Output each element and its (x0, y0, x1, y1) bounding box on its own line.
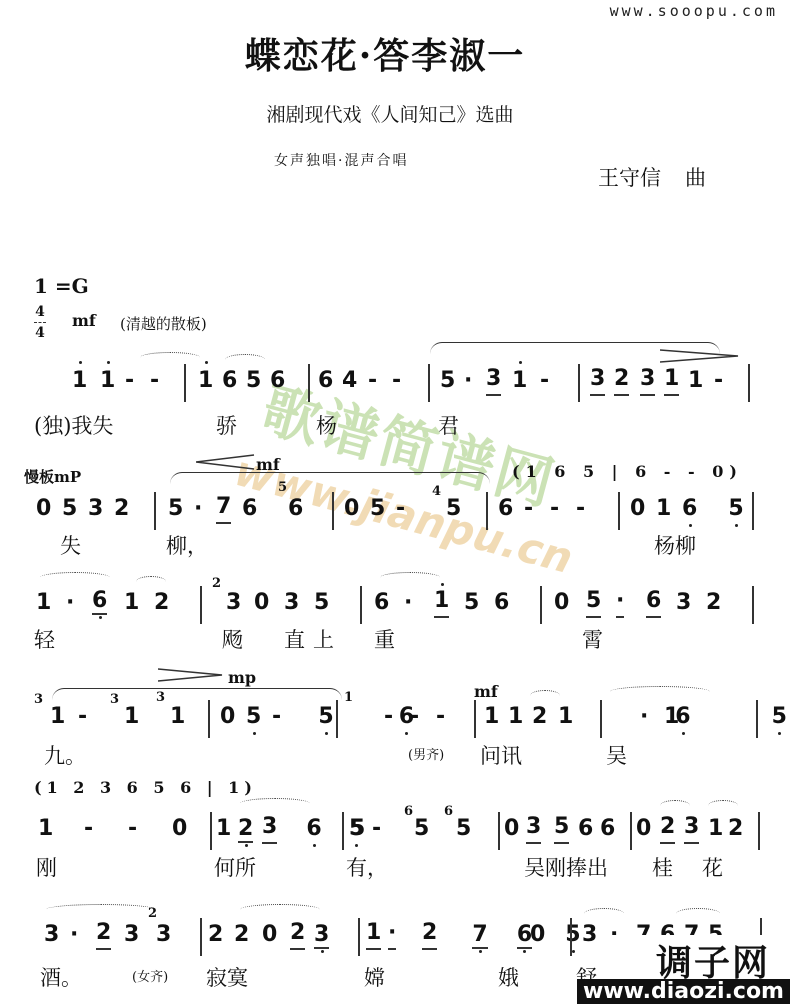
note: 3 (44, 918, 59, 952)
composer-role: 曲 (685, 166, 706, 190)
grace-note: 3 (110, 692, 119, 707)
barline (154, 492, 156, 530)
note: 1 (434, 586, 449, 618)
barline (210, 812, 212, 850)
note-dot: · (194, 492, 202, 526)
note: 3 (590, 364, 605, 396)
barline (360, 586, 362, 624)
note: 1 (50, 700, 65, 734)
note: 1 (366, 918, 381, 950)
slur (240, 904, 320, 915)
barline (570, 918, 572, 956)
note: 5 (62, 492, 77, 526)
barline (540, 586, 542, 624)
note: 5 (554, 812, 569, 844)
note: 4 (342, 364, 357, 398)
note: 7 (216, 492, 231, 524)
note: 7 (472, 922, 487, 949)
note: 1 (512, 364, 527, 398)
note: 1 (100, 364, 115, 398)
lyric: 直上 (284, 624, 342, 654)
barline (474, 700, 476, 738)
grace-note: 3 (156, 690, 165, 705)
slur (40, 572, 110, 583)
dynamic-mp: mp (228, 668, 256, 687)
lyric: 酒。 (40, 962, 82, 992)
note: 1 (708, 812, 723, 846)
note: 5 (414, 812, 429, 846)
note: 1 (664, 364, 679, 396)
note: 6 (494, 586, 509, 620)
note-dash: - (272, 700, 281, 734)
time-sig-bottom: 4 (35, 325, 45, 341)
note: 2 (706, 586, 721, 620)
note: 5 (586, 586, 601, 618)
note: 0 (36, 492, 51, 526)
decrescendo-hairpin (158, 667, 224, 683)
note: 3 (676, 586, 691, 620)
barline (486, 492, 488, 530)
lyric: 娥 (498, 962, 519, 992)
note: 2 (614, 364, 629, 396)
note-dash: - (368, 364, 377, 398)
barline (758, 812, 760, 850)
note: 1 (484, 700, 499, 734)
barline (618, 492, 620, 530)
barline (200, 586, 202, 624)
lyric: 寂寞 (206, 962, 248, 992)
note: 0 (636, 812, 651, 846)
note: 6 (600, 812, 615, 846)
time-signature: 4 4 (34, 303, 46, 342)
lyric: 吴刚捧出 (524, 852, 608, 882)
lyric: 有， (346, 852, 388, 882)
note-dash: - (436, 700, 445, 734)
note-dot: · (404, 586, 412, 620)
barline (208, 700, 210, 738)
lyric-voice-label: (男齐) (408, 744, 444, 763)
note: 0 (504, 812, 519, 846)
note: 0 (344, 492, 359, 526)
note-dash: - (78, 700, 87, 734)
time-sig-divider (34, 322, 46, 323)
note: 5 (168, 492, 183, 526)
slur (610, 686, 710, 697)
barline (428, 364, 430, 402)
composer: 王守信曲 (598, 162, 706, 192)
note: 0 (254, 586, 269, 620)
grace-note: 4 (432, 484, 441, 499)
note: 2 (660, 812, 675, 844)
dynamic-mf: mf (474, 682, 498, 701)
lyric: 失 (60, 530, 81, 560)
note: 3 (124, 918, 139, 952)
note: 1 (36, 586, 51, 620)
note-dash: - (714, 364, 723, 398)
subtitle: 湘剧现代戏《人间知己》选曲 (0, 100, 800, 127)
note: 1 (170, 700, 185, 734)
lyric: 柳， (166, 530, 208, 560)
title-text: 蝶恋花·答李淑一 (245, 28, 526, 79)
note: 3 (226, 586, 241, 620)
note: 2 (234, 918, 249, 952)
barline (630, 812, 632, 850)
barline (184, 364, 186, 402)
music-row-2: 0 5 3 2 5 · 7 6 5 6 0 5 - 4 5 6 - - - 0 … (0, 492, 800, 532)
note: 6 (288, 492, 303, 526)
crescendo-hairpin (196, 453, 256, 471)
tempo-slow-mp: 慢板mP (24, 466, 81, 487)
note: 2 (290, 918, 305, 950)
music-row-5: 1 - - 0 1 2 3 6 5 5 - 6 5 6 5 0 3 5 6 6 … (0, 812, 800, 852)
note: 2 (208, 918, 223, 952)
lyric: 何所 (214, 852, 256, 882)
note: 0 (262, 918, 277, 952)
lyric: 轻 (34, 624, 55, 654)
note: 3 (88, 492, 103, 526)
slur (140, 352, 200, 363)
barline (200, 918, 202, 956)
note: 1 (664, 700, 679, 734)
note: 0 (530, 918, 545, 952)
barline (748, 364, 750, 402)
lyric: 桂 (652, 852, 673, 882)
note: 3 (486, 364, 501, 396)
page-title: 蝶恋花·答李淑一 (0, 28, 800, 79)
lyric: 君 (438, 410, 459, 440)
note: 0 (630, 492, 645, 526)
initial-dynamic: mf (72, 311, 96, 330)
note: 6 (306, 816, 321, 841)
watermark-diaozi-url: www.diaozi.com (577, 979, 790, 1004)
music-row-3: 1 · 6 1 2 2 3 0 3 5 6 · 1 5 6 0 5 · 6 3 … (0, 586, 800, 626)
music-row-1: 1 1 - - 1 6 5 6 6 4 - - 5 · 3 1 - 3 2 3 … (0, 364, 800, 404)
note-dot: · (464, 364, 472, 398)
note: 1 (656, 492, 671, 526)
note: 5 (370, 492, 385, 526)
note-dot: · (388, 918, 396, 950)
note: 2 (532, 700, 547, 734)
note: 6 (682, 496, 697, 521)
barline (336, 700, 338, 738)
barline (752, 492, 754, 530)
note: 6 (498, 492, 513, 526)
note: 3 (526, 812, 541, 844)
note: 3 (284, 586, 299, 620)
note: 3 (156, 918, 171, 952)
barline (578, 364, 580, 402)
slur (660, 800, 690, 811)
barline (752, 586, 754, 624)
slur (240, 798, 310, 809)
site-url: www.sooopu.com (610, 2, 778, 20)
note: 5 (440, 364, 455, 398)
upper-voice-line: (1 6 5 | 6 - - 0) (512, 462, 743, 481)
note: 5 (446, 492, 461, 526)
note-dash: - (128, 812, 137, 846)
lyric: 飏 (222, 624, 243, 654)
note: 5 (350, 812, 365, 846)
barline (332, 492, 334, 530)
note-dash: - (372, 812, 381, 846)
note: 1 (688, 364, 703, 398)
note: 6 (270, 364, 285, 398)
phrase-slur (170, 472, 490, 487)
note: 6 (646, 586, 661, 618)
note-dash: - (524, 492, 533, 526)
note: 1 (198, 364, 213, 398)
note: 2 (422, 918, 437, 950)
note-dot: · (640, 700, 648, 734)
barline (308, 364, 310, 402)
note: 5 (772, 704, 787, 729)
note-dash: - (550, 492, 559, 526)
note: 6 (242, 492, 257, 526)
note-dash: - (125, 364, 134, 398)
note: 6 (222, 364, 237, 398)
watermark-jianpu: 歌谱简谱网 www.jianpu.cn (250, 390, 590, 590)
note: 1 (558, 700, 573, 734)
grace-note: 3 (34, 692, 43, 707)
note: 1 (38, 812, 53, 846)
note: 5 (318, 704, 333, 729)
note: 5 (728, 496, 743, 521)
note: 3 (262, 812, 277, 844)
note-dot: · (66, 586, 74, 620)
lyric: 杨柳 (654, 530, 696, 560)
subtitle-text: 湘剧现代戏《人间知己》选曲 (266, 100, 513, 127)
lyric: 花 (702, 852, 723, 882)
note: 2 (96, 918, 111, 950)
grace-note: 6 (444, 804, 453, 819)
barline (756, 700, 758, 738)
note-dot: · (616, 586, 624, 618)
note: 3 (640, 364, 655, 396)
grace-note: 6 (404, 804, 413, 819)
note: 0 (172, 812, 187, 846)
note: 2 (238, 816, 253, 843)
lyric: 霄 (582, 624, 603, 654)
grace-note: 2 (212, 576, 221, 591)
note: 2 (114, 492, 129, 526)
lyric: 吴 (606, 740, 627, 770)
watermark-diaozi: 调子网 www.diaozi.com (600, 935, 800, 1005)
lyric: 九。 (44, 740, 86, 770)
lyric: (独)我失 (34, 410, 113, 440)
note: 6 (578, 812, 593, 846)
note: 3 (314, 922, 329, 949)
tempo-marking: (清越的散板) (120, 313, 207, 334)
grace-note: 5 (278, 480, 287, 495)
note: 6 (318, 364, 333, 398)
decrescendo-hairpin (660, 348, 740, 364)
barline (358, 918, 360, 956)
note-dash: - (384, 700, 393, 734)
lyric: 骄 (216, 410, 237, 440)
note: 5 (456, 812, 471, 846)
note: 5 (565, 922, 580, 947)
note-dash: - (396, 492, 405, 526)
note-dash: - (392, 364, 401, 398)
note: 5 (464, 586, 479, 620)
note: 0 (554, 586, 569, 620)
lyric: 问讯 (480, 740, 522, 770)
note: 6 (92, 588, 107, 615)
lyric: 刚 (36, 852, 57, 882)
barline (342, 812, 344, 850)
note: 1 (124, 586, 139, 620)
note: 2 (154, 586, 169, 620)
performers: 女声独唱·混声合唱 (274, 150, 408, 170)
lyric: 嫦 (364, 962, 385, 992)
upper-voice-line: (1 2 3 6 5 6 | 1) (34, 778, 257, 797)
note-dash: - (150, 364, 159, 398)
note: 1 (124, 700, 139, 734)
barline (600, 700, 602, 738)
note: 6 (374, 586, 389, 620)
composer-name: 王守信 (598, 166, 661, 190)
note-dash: - (540, 364, 549, 398)
note: 1 (72, 364, 87, 398)
time-sig-top: 4 (35, 304, 45, 320)
lyric-voice-label: (女齐) (132, 966, 168, 985)
note-dash: - (84, 812, 93, 846)
note: 2 (728, 812, 743, 846)
note-dash: - (576, 492, 585, 526)
note: 3 (582, 918, 597, 952)
note: 0 (220, 700, 235, 734)
grace-note: 1 (344, 690, 353, 705)
lyric: 杨 (316, 410, 337, 440)
note-dot: · (70, 918, 78, 952)
barline (498, 812, 500, 850)
slur (46, 904, 156, 915)
note-dash: - (410, 700, 419, 734)
slur (380, 572, 440, 583)
note: 5 (314, 586, 329, 620)
lyric: 重 (374, 624, 395, 654)
note: 1 (508, 700, 523, 734)
note: 5 (246, 704, 261, 729)
key-signature: 1 =G (34, 274, 89, 298)
note: 1 (216, 812, 231, 846)
phrase-slur (52, 688, 342, 703)
slur (708, 800, 738, 811)
note: 3 (684, 812, 699, 844)
note: 5 (246, 364, 261, 398)
music-row-4: 3 1 - 3 1 3 1 0 5 - 5 1 6 - - - 1 1 2 1 … (0, 700, 800, 740)
